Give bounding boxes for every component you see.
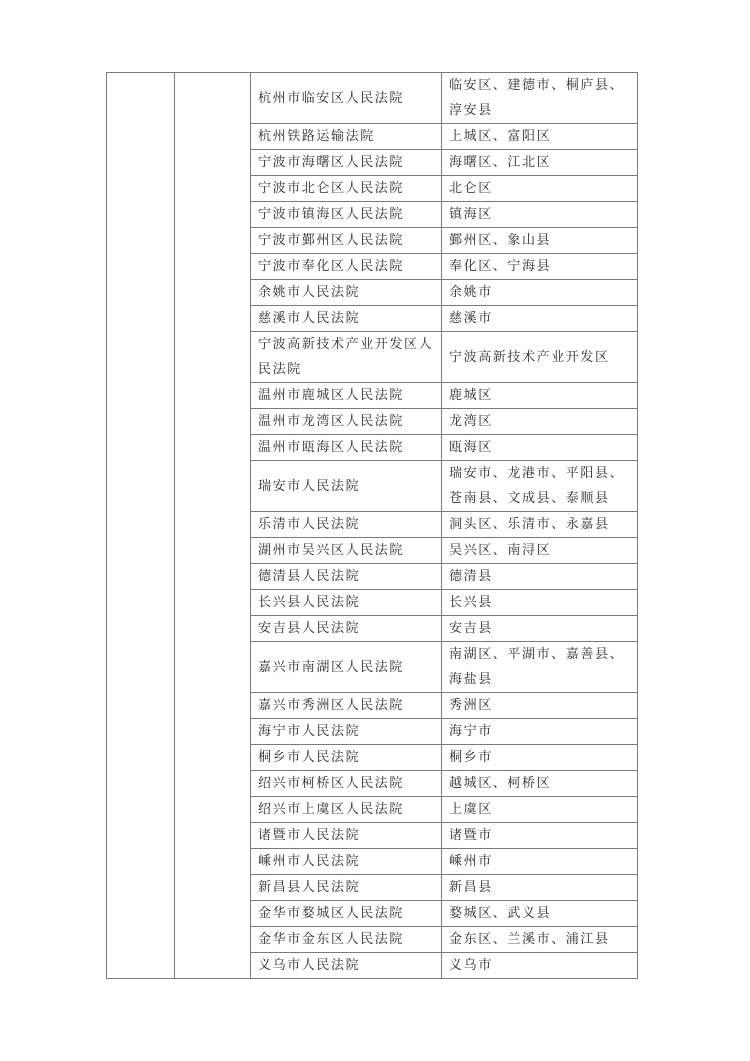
table-body: 杭州市临安区人民法院 临安区、建德市、桐庐县、淳安县 杭州铁路运输法院 上城区、… [107, 73, 638, 979]
court-name-cell: 宁波市奉化区人民法院 [251, 254, 442, 280]
court-name-cell: 诸暨市人民法院 [251, 823, 442, 849]
jurisdiction-cell: 临安区、建德市、桐庐县、淳安县 [442, 73, 638, 124]
table-row: 杭州市临安区人民法院 临安区、建德市、桐庐县、淳安县 [107, 73, 638, 124]
court-name-cell: 绍兴市柯桥区人民法院 [251, 771, 442, 797]
court-name-cell: 嵊州市人民法院 [251, 849, 442, 875]
jurisdiction-cell: 海曙区、江北区 [442, 150, 638, 176]
jurisdiction-cell: 慈溪市 [442, 306, 638, 332]
jurisdiction-cell: 海宁市 [442, 719, 638, 745]
jurisdiction-cell: 镇海区 [442, 202, 638, 228]
court-name-cell: 桐乡市人民法院 [251, 745, 442, 771]
court-name-cell: 长兴县人民法院 [251, 590, 442, 616]
court-name-cell: 金华市金东区人民法院 [251, 927, 442, 953]
jurisdiction-cell: 鹿城区 [442, 383, 638, 409]
jurisdiction-cell: 余姚市 [442, 280, 638, 306]
jurisdiction-cell: 宁波高新技术产业开发区 [442, 332, 638, 383]
court-name-cell: 宁波市北仑区人民法院 [251, 176, 442, 202]
court-name-cell: 瑞安市人民法院 [251, 461, 442, 512]
jurisdiction-cell: 金东区、兰溪市、浦江县 [442, 927, 638, 953]
jurisdiction-cell: 龙湾区 [442, 409, 638, 435]
court-name-cell: 乐清市人民法院 [251, 512, 442, 538]
jurisdiction-cell: 鄞州区、象山县 [442, 228, 638, 254]
court-name-cell: 杭州铁路运输法院 [251, 124, 442, 150]
court-jurisdiction-table: 杭州市临安区人民法院 临安区、建德市、桐庐县、淳安县 杭州铁路运输法院 上城区、… [106, 72, 638, 979]
jurisdiction-cell: 北仑区 [442, 176, 638, 202]
jurisdiction-cell: 长兴县 [442, 590, 638, 616]
court-name-cell: 德清县人民法院 [251, 564, 442, 590]
jurisdiction-cell: 洞头区、乐清市、永嘉县 [442, 512, 638, 538]
jurisdiction-cell: 瑞安市、龙港市、平阳县、苍南县、文成县、泰顺县 [442, 461, 638, 512]
merged-category-cell [107, 73, 175, 979]
jurisdiction-cell: 桐乡市 [442, 745, 638, 771]
jurisdiction-cell: 婺城区、武义县 [442, 901, 638, 927]
jurisdiction-cell: 嵊州市 [442, 849, 638, 875]
jurisdiction-cell: 德清县 [442, 564, 638, 590]
jurisdiction-cell: 上虞区 [442, 797, 638, 823]
court-name-cell: 慈溪市人民法院 [251, 306, 442, 332]
jurisdiction-cell: 瓯海区 [442, 435, 638, 461]
court-name-cell: 湖州市吴兴区人民法院 [251, 538, 442, 564]
jurisdiction-cell: 义乌市 [442, 953, 638, 979]
jurisdiction-cell: 越城区、柯桥区 [442, 771, 638, 797]
court-name-cell: 金华市婺城区人民法院 [251, 901, 442, 927]
court-name-cell: 余姚市人民法院 [251, 280, 442, 306]
court-name-cell: 嘉兴市南湖区人民法院 [251, 642, 442, 693]
court-name-cell: 新昌县人民法院 [251, 875, 442, 901]
court-name-cell: 海宁市人民法院 [251, 719, 442, 745]
jurisdiction-cell: 新昌县 [442, 875, 638, 901]
court-name-cell: 温州市龙湾区人民法院 [251, 409, 442, 435]
jurisdiction-cell: 南湖区、平湖市、嘉善县、海盐县 [442, 642, 638, 693]
court-name-cell: 宁波市鄞州区人民法院 [251, 228, 442, 254]
jurisdiction-cell: 上城区、富阳区 [442, 124, 638, 150]
court-name-cell: 宁波高新技术产业开发区人民法院 [251, 332, 442, 383]
court-name-cell: 宁波市海曙区人民法院 [251, 150, 442, 176]
jurisdiction-cell: 诸暨市 [442, 823, 638, 849]
jurisdiction-cell: 吴兴区、南浔区 [442, 538, 638, 564]
jurisdiction-cell: 秀洲区 [442, 693, 638, 719]
court-name-cell: 绍兴市上虞区人民法院 [251, 797, 442, 823]
merged-subcategory-cell [175, 73, 251, 979]
document-page: 杭州市临安区人民法院 临安区、建德市、桐庐县、淳安县 杭州铁路运输法院 上城区、… [0, 0, 750, 1061]
court-name-cell: 宁波市镇海区人民法院 [251, 202, 442, 228]
court-name-cell: 温州市瓯海区人民法院 [251, 435, 442, 461]
court-name-cell: 安吉县人民法院 [251, 616, 442, 642]
jurisdiction-cell: 安吉县 [442, 616, 638, 642]
jurisdiction-cell: 奉化区、宁海县 [442, 254, 638, 280]
court-name-cell: 温州市鹿城区人民法院 [251, 383, 442, 409]
court-name-cell: 义乌市人民法院 [251, 953, 442, 979]
court-name-cell: 嘉兴市秀洲区人民法院 [251, 693, 442, 719]
court-name-cell: 杭州市临安区人民法院 [251, 73, 442, 124]
